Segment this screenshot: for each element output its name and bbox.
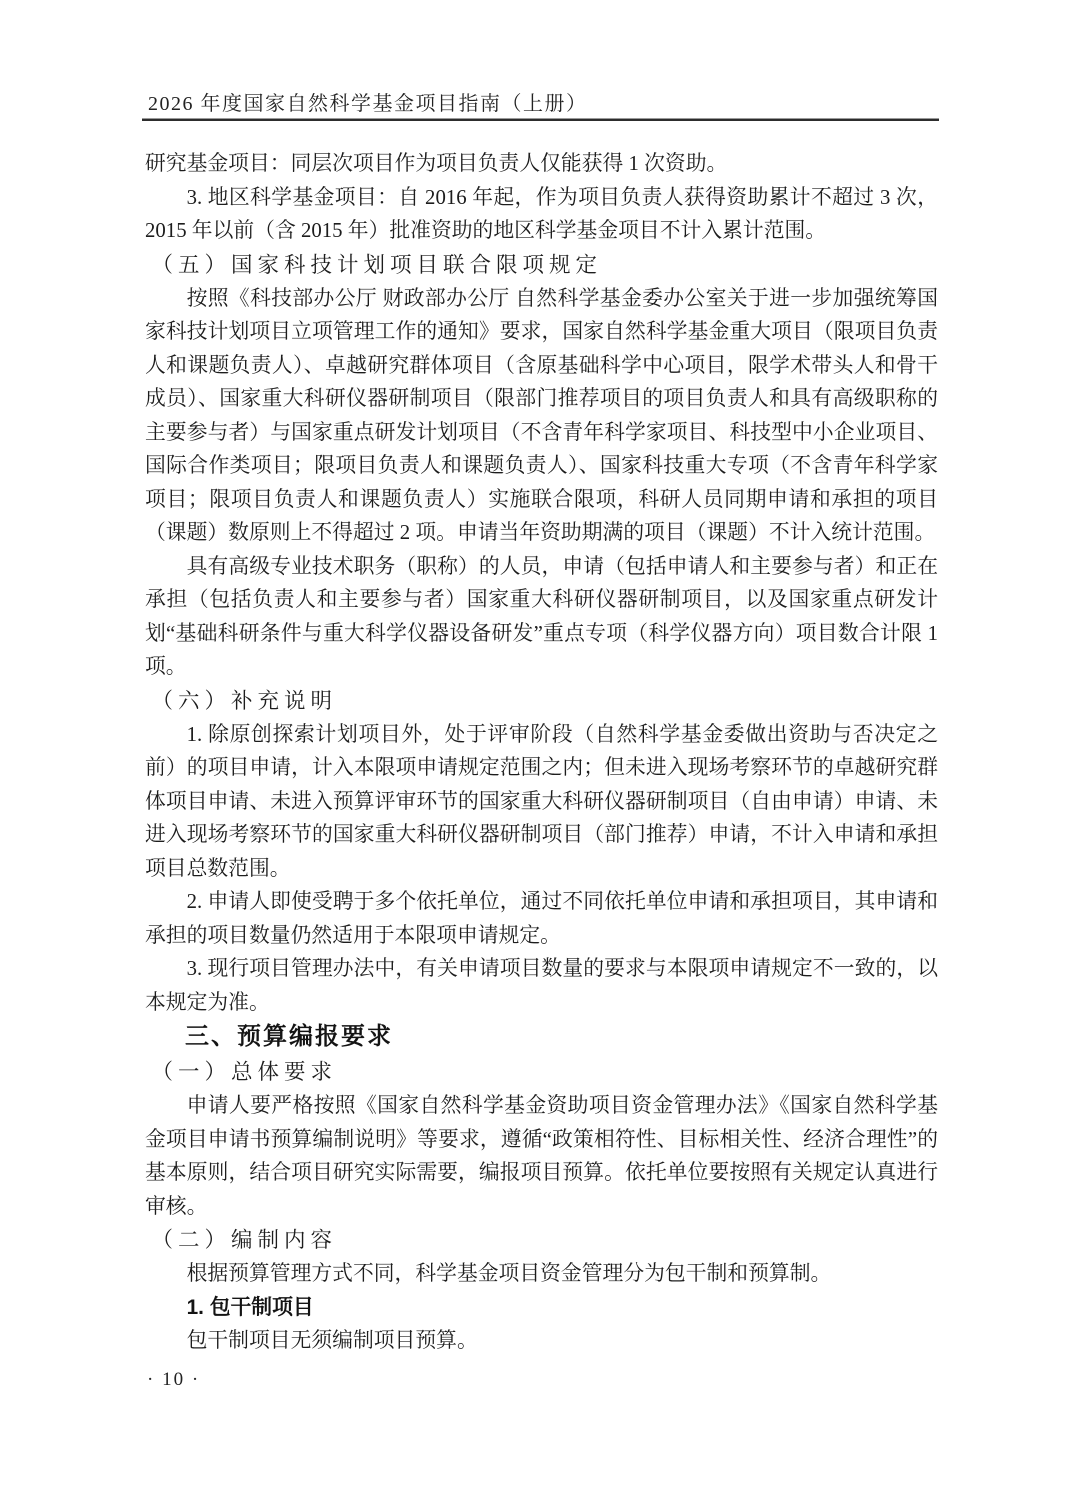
subsection-heading-lump-sum: 1. 包干制项目 (145, 1291, 938, 1325)
paragraph: 包干制项目无须编制项目预算。 (145, 1324, 938, 1358)
section-heading-2: （二）编制内容 (145, 1223, 938, 1257)
document-body: 研究基金项目：同层次项目作为项目负责人仅能获得 1 次资助。 3. 地区科学基金… (145, 147, 938, 1358)
paragraph: 申请人要严格按照《国家自然科学基金资助项目资金管理办法》《国家自然科学基金项目申… (145, 1089, 938, 1223)
paragraph: 具有高级专业技术职务（职称）的人员，申请（包括申请人和主要参与者）和正在承担（包… (145, 550, 938, 684)
header-title: 2026 年度国家自然科学基金项目指南（上册） (148, 87, 588, 116)
document-page: 2026 年度国家自然科学基金项目指南（上册） 研究基金项目：同层次项目作为项目… (0, 0, 1080, 1488)
paragraph: 3. 现行项目管理办法中，有关申请项目数量的要求与本限项申请规定不一致的，以本规… (145, 952, 938, 1019)
paragraph: 2. 申请人即使受聘于多个依托单位，通过不同依托单位申请和承担项目，其申请和承担… (145, 885, 938, 952)
section-heading-5: （五）国家科技计划项目联合限项规定 (145, 248, 938, 282)
page-number: · 10 · (147, 1369, 200, 1391)
paragraph: 1. 除原创探索计划项目外，处于评审阶段（自然科学基金委做出资助与否决定之前）的… (145, 718, 938, 886)
paragraph: 根据预算管理方式不同，科学基金项目资金管理分为包干制和预算制。 (145, 1257, 938, 1291)
header-rule (142, 118, 939, 121)
paragraph-continued: 研究基金项目：同层次项目作为项目负责人仅能获得 1 次资助。 (145, 147, 938, 181)
section-heading-1: （一）总体要求 (145, 1055, 938, 1089)
paragraph: 按照《科技部办公厅 财政部办公厅 自然科学基金委办公室关于进一步加强统筹国家科技… (145, 282, 938, 550)
section-heading-6: （六）补充说明 (145, 684, 938, 718)
paragraph: 3. 地区科学基金项目：自 2016 年起，作为项目负责人获得资助累计不超过 3… (145, 181, 938, 248)
chapter-heading-budget: 三、预算编报要求 (145, 1019, 938, 1055)
